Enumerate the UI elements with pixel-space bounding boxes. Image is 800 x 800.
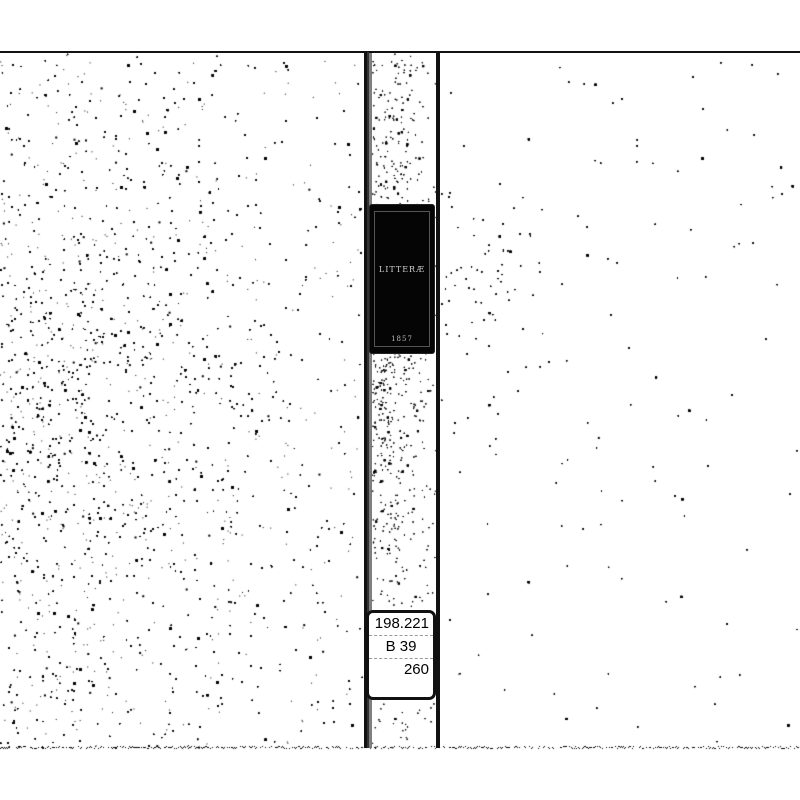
- front-cover: [0, 52, 364, 748]
- spine-title: LITTERÆ: [370, 265, 434, 274]
- spine-title-label: LITTERÆ 1857: [370, 205, 434, 353]
- back-cover: [440, 52, 800, 748]
- call-number-class: 198.221: [369, 613, 433, 636]
- call-number-label: 198.221 B 39 260: [366, 610, 436, 700]
- spine-year: 1857: [370, 335, 434, 343]
- call-number-item: 260: [369, 659, 433, 681]
- spine-right-edge: [436, 52, 440, 748]
- label-frame: [374, 211, 430, 347]
- call-number-cutter: B 39: [369, 636, 433, 659]
